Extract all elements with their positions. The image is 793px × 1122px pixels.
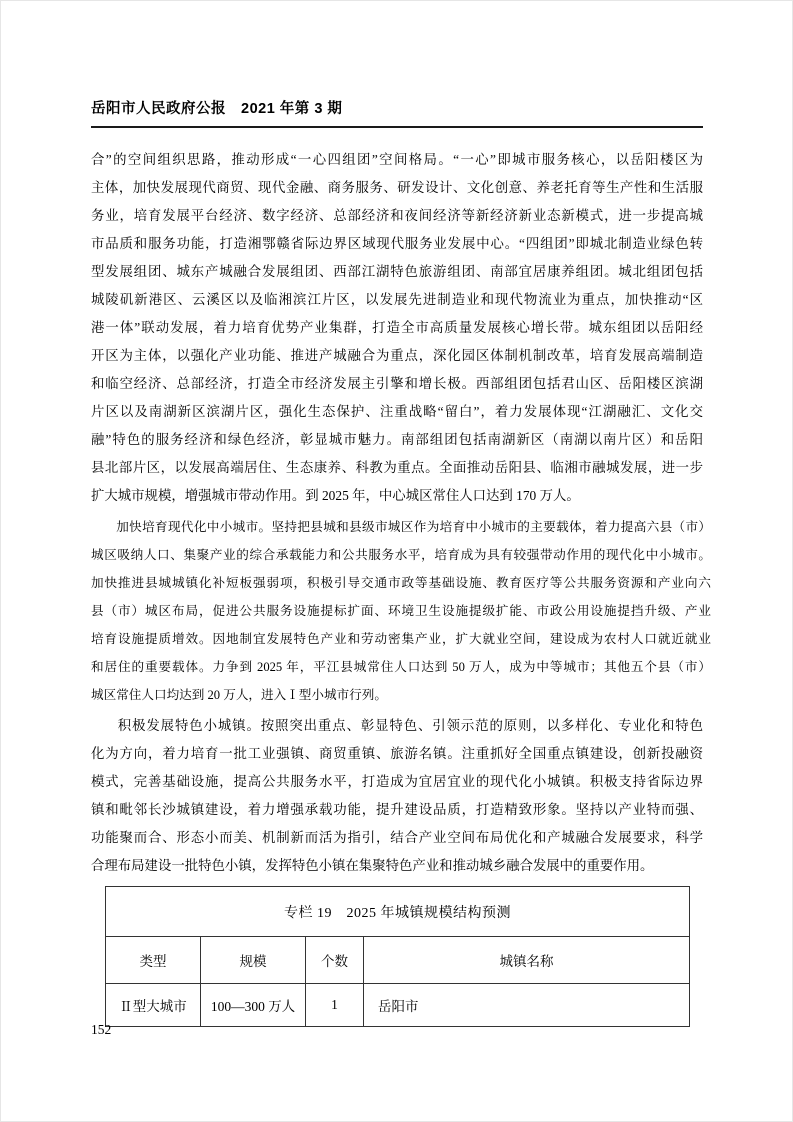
text-line: 镇和毗邻长沙城镇建设，着力增强承载功能，提升建设品质，打造精致形象。坚持以产业特… [91, 796, 703, 824]
text-line: 和居住的重要载体。力争到 2025 年，平江县城常住人口达到 50 万人，成为中… [91, 653, 711, 681]
text-line: 加快推进县城城镇化补短板强弱项，积极引导交通市政等基础设施、教育医疗等公共服务资… [91, 569, 711, 597]
text-line: 化为方向，着力培育一批工业强镇、商贸重镇、旅游名镇。注重抓好全国重点镇建设，创新… [91, 740, 703, 768]
text-line: 功能聚而合、形态小而美、机制新而活为指引，结合产业空间布局优化和产城融合发展要求… [91, 824, 703, 852]
page-number: 152 [91, 1022, 111, 1038]
text-line: 城区吸纳人口、集聚产业的综合承载能力和公共服务水平，培育成为具有较强带动作用的现… [91, 541, 711, 569]
text-line: 城陵矶新港区、云溪区以及临湘滨江片区，以发展先进制造业和现代物流业为重点，加快推… [91, 286, 703, 314]
text-line: 扩大城市规模，增强城市带动作用。到 2025 年，中心城区常住人口达到 170 … [91, 482, 703, 510]
text-line: 模式，完善基础设施，提高公共服务水平，打造成为宜居宜业的现代化小城镇。积极支持省… [91, 768, 703, 796]
text-line: 县（市）城区布局，促进公共服务设施提标扩面、环境卫生设施提级扩能、市政公用设施提… [91, 597, 711, 625]
text-line: 市品质和服务功能，打造湘鄂赣省际边界区域现代服务业发展中心。“四组团”即城北制造… [91, 230, 703, 258]
text-line: 开区为主体，以强化产业功能、推进产城融合为重点，深化园区体制机制改革，培育发展高… [91, 342, 703, 370]
paragraph-1: 合”的空间组织思路，推动形成“一心四组团”空间格局。“一心”即城市服务核心，以岳… [91, 146, 703, 510]
text-line: 港一体”联动发展，着力培育优势产业集群，打造全市高质量发展核心增长带。城东组团以… [91, 314, 703, 342]
table-title: 专栏 19 2025 年城镇规模结构预测 [106, 887, 690, 937]
paragraph-2: 加快培育现代化中小城市。坚持把县城和县级市城区作为培育中小城市的主要载体，着力提… [91, 513, 711, 709]
table-cell: 1 [306, 984, 364, 1027]
table-cell: 岳阳市 [364, 984, 690, 1027]
text-line: 城区常住人口均达到 20 万人，进入Ⅰ型小城市行列。 [91, 681, 711, 709]
text-line: 片区以及南湖新区滨湖片区，强化生态保护、注重战略“留白”，着力发展体现“江湖融汇… [91, 398, 703, 426]
text-line: 加快培育现代化中小城市。坚持把县城和县级市城区作为培育中小城市的主要载体，着力提… [91, 513, 711, 541]
table-header-cell: 个数 [306, 937, 364, 984]
text-line: 培育设施提质增效。因地制宜发展特色产业和劳动密集产业，扩大就业空间，建设成为农村… [91, 625, 711, 653]
table-cell: 100—300 万人 [201, 984, 306, 1027]
page-content: 岳阳市人民政府公报 2021 年第 3 期 合”的空间组织思路，推动形成“一心四… [91, 97, 703, 1027]
text-line: 型发展组团、城东产城融合发展组团、西部江湖特色旅游组团、南部宜居康养组团。城北组… [91, 258, 703, 286]
paragraph-3: 积极发展特色小城镇。按照突出重点、彰显特色、引领示范的原则，以多样化、专业化和特… [91, 712, 703, 880]
table-title-row: 专栏 19 2025 年城镇规模结构预测 [106, 887, 690, 937]
table-header-cell: 类型 [106, 937, 201, 984]
text-line: 融”特色的服务经济和绿色经济，彰显城市魅力。南部组团包括南湖新区（南湖以南片区）… [91, 426, 703, 454]
text-line: 和临空经济、总部经济，打造全市经济发展主引擎和增长极。西部组团包括君山区、岳阳楼… [91, 370, 703, 398]
text-line: 合”的空间组织思路，推动形成“一心四组团”空间格局。“一心”即城市服务核心，以岳… [91, 146, 703, 174]
table-row: Ⅱ型大城市100—300 万人1岳阳市 [106, 984, 690, 1027]
text-line: 合理布局建设一批特色小镇，发挥特色小镇在集聚特色产业和推动城乡融合发展中的重要作… [91, 852, 703, 880]
table-header-cell: 城镇名称 [364, 937, 690, 984]
panel-table: 专栏 19 2025 年城镇规模结构预测 类型规模个数城镇名称 Ⅱ型大城市100… [105, 886, 690, 1027]
document-body: 合”的空间组织思路，推动形成“一心四组团”空间格局。“一心”即城市服务核心，以岳… [91, 146, 703, 880]
table-cell: Ⅱ型大城市 [106, 984, 201, 1027]
text-line: 积极发展特色小城镇。按照突出重点、彰显特色、引领示范的原则，以多样化、专业化和特… [91, 712, 703, 740]
text-line: 县北部片区，以发展高端居住、生态康养、科教为重点。全面推动岳阳县、临湘市融城发展… [91, 454, 703, 482]
text-line: 主体，加快发展现代商贸、现代金融、商务服务、研发设计、文化创意、养老托育等生产性… [91, 174, 703, 202]
table-header-cell: 规模 [201, 937, 306, 984]
table-header-row: 类型规模个数城镇名称 [106, 937, 690, 984]
document-page: 岳阳市人民政府公报 2021 年第 3 期 合”的空间组织思路，推动形成“一心四… [0, 0, 793, 1122]
text-line: 务业，培育发展平台经济、数字经济、总部经济和夜间经济等新经济新业态新模式，进一步… [91, 202, 703, 230]
running-header: 岳阳市人民政府公报 2021 年第 3 期 [91, 97, 703, 128]
